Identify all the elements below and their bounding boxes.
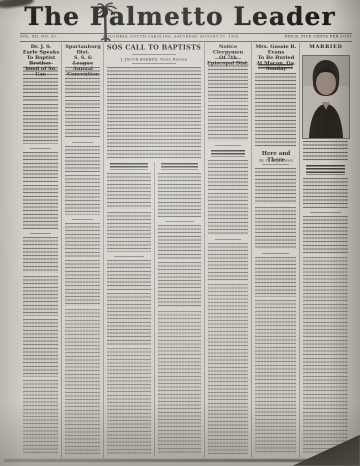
sos-article-subcolumns [104, 162, 204, 457]
masthead-title: The Palmetto Leader [0, 2, 360, 31]
column-sos-article: SOS CALL TO BAPTISTS J. JACOB BARBER, Ne… [104, 43, 205, 458]
headline-league: Spartanburg Dist. S. S. & League Annual … [64, 44, 101, 77]
greeked-text-block [158, 311, 202, 454]
rule [215, 145, 241, 146]
greeked-subhead [211, 150, 245, 157]
subcolumn-right [155, 162, 205, 457]
front-page-columns: Dr. J. S. Earle Speaks To Baptist Brothe… [20, 43, 352, 458]
dateline-price: PRICE: FIVE CENTS PER COPY [285, 34, 352, 39]
greeked-text-block [107, 67, 201, 159]
greeked-text-block [23, 319, 58, 377]
married-heading: MARRIED [302, 44, 349, 50]
greeked-text-block [23, 185, 58, 229]
greeked-text-block [107, 293, 151, 345]
headline-sos: SOS CALL TO BAPTISTS [106, 44, 202, 52]
here-and-there-byline: By C. A. Johnson [254, 158, 297, 163]
column-league-article: Spartanburg Dist. S. S. & League Annual … [62, 43, 104, 458]
rule [262, 253, 289, 254]
greeked-subhead [161, 163, 199, 170]
greeked-text-block [65, 309, 100, 454]
rule [30, 148, 51, 149]
bold-notice-block [306, 165, 345, 175]
rule [114, 256, 144, 257]
rule [72, 219, 93, 220]
rule [132, 54, 176, 55]
rule [30, 233, 51, 234]
headline-clergymen: Notice Clergymen Of 7th Episcopal Dist. [207, 44, 249, 66]
rule [262, 164, 289, 165]
greeked-text-block [107, 212, 151, 252]
greeked-text-block [107, 260, 151, 290]
greeked-text-block [23, 237, 58, 273]
headline-evans: Mrs. Gussie B. Evans To Be Buried At Mac… [254, 44, 297, 72]
greeked-text-block [23, 152, 58, 182]
column-clergymen-article: Notice Clergymen Of 7th Episcopal Dist. [205, 43, 252, 458]
greeked-text-block [208, 243, 248, 281]
rule [215, 239, 241, 240]
greeked-text-block [65, 260, 100, 306]
greeked-text-block [65, 100, 100, 138]
column-earle-article: Dr. J. S. Earle Speaks To Baptist Brothe… [20, 43, 62, 458]
greeked-text-block [107, 348, 151, 454]
column-married-photo: MARRIED [300, 43, 351, 458]
rule [72, 142, 93, 143]
byline-sos: J. JACOB BARBER, News Bureau [106, 57, 202, 62]
greeked-text-block [65, 175, 100, 215]
greeked-text-block [208, 105, 248, 141]
greeked-text-block [158, 225, 202, 259]
rule [132, 63, 176, 64]
greeked-text-block [208, 193, 248, 235]
greeked-text-block [208, 284, 248, 454]
greeked-text-block [255, 257, 296, 297]
greeked-text-block [255, 207, 296, 249]
photo-caption-greeked [303, 141, 348, 161]
greeked-text-block [303, 178, 348, 208]
greeked-text-block [23, 276, 58, 316]
rule [165, 221, 195, 222]
dateline-volume: VOL. XII. NO. 33. [20, 34, 57, 39]
rule [310, 212, 341, 213]
newspaper-front-page: The Palmetto Leader VOL. XII. NO. 33. CO… [0, 0, 360, 466]
greeked-text-block [255, 73, 296, 147]
greeked-text-block [255, 300, 296, 454]
masthead-rule-bottom [20, 41, 352, 42]
greeked-text-block [65, 223, 100, 257]
greeked-text-block [208, 160, 248, 190]
dateline-place-date: COLUMBIA, SOUTH CAROLINA, SATURDAY, AUGU… [103, 34, 238, 39]
subcolumn-left [104, 162, 155, 457]
greeked-text-block [303, 216, 348, 254]
dateline: VOL. XII. NO. 33. COLUMBIA, SOUTH CAROLI… [20, 34, 352, 41]
greeked-text-block [208, 62, 248, 102]
greeked-text-block [303, 257, 348, 454]
greeked-text-block [158, 173, 202, 217]
greeked-text-block [255, 168, 296, 204]
greeked-subhead [110, 163, 148, 170]
greeked-text-block [23, 380, 58, 454]
column-evans-and-here-and-there: Mrs. Gussie B. Evans To Be Buried At Mac… [252, 43, 300, 458]
portrait-photo-married-woman [302, 55, 350, 139]
headline-earle: Dr. J. S. Earle Speaks To Baptist Brothe… [22, 44, 59, 77]
greeked-text-block [158, 262, 202, 308]
greeked-text-block [65, 146, 100, 172]
greeked-text-block [107, 173, 151, 209]
greeked-text-block [23, 104, 58, 144]
